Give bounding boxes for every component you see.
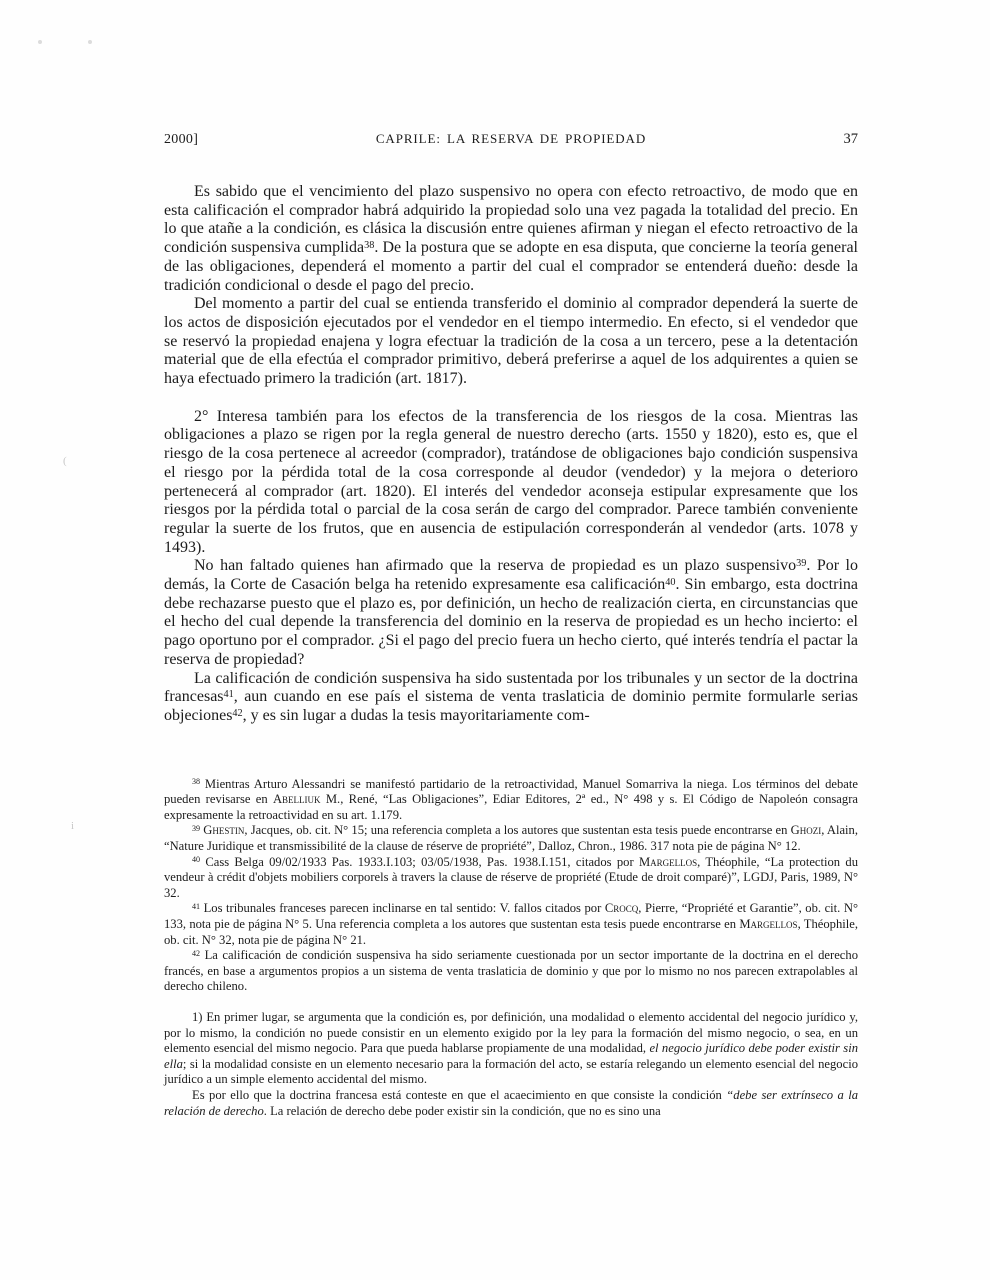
header-running-title: CAPRILE: LA RESERVA DE PROPIEDAD [284, 131, 738, 147]
footnote: 39 Ghestin, Jacques, ob. cit. N° 15; una… [164, 823, 858, 854]
footnotes-block: 38 Mientras Arturo Alessandri se manifes… [164, 777, 858, 1119]
body-paragraph: No han faltado quienes han afirmado que … [164, 557, 858, 669]
body-paragraph: Del momento a partir del cual se entiend… [164, 295, 858, 389]
body-paragraph: Es sabido que el vencimiento del plazo s… [164, 183, 858, 295]
running-head: 2000] CAPRILE: LA RESERVA DE PROPIEDAD 3… [164, 131, 858, 148]
footnote-paragraph: 1) En primer lugar, se argumenta que la … [164, 1010, 858, 1088]
scan-artifact: i [71, 820, 74, 832]
header-page-number: 37 [738, 131, 858, 148]
footnote: 38 Mientras Arturo Alessandri se manifes… [164, 777, 858, 824]
footnote-paragraph: Es por ello que la doctrina francesa est… [164, 1088, 858, 1119]
footnote: 42 La calificación de condición suspensi… [164, 948, 858, 995]
scan-artifact [38, 40, 42, 44]
body-paragraph: 2° Interesa también para los efectos de … [164, 408, 858, 558]
header-year: 2000] [164, 132, 284, 148]
footnote: 40 Cass Belga 09/02/1933 Pas. 1933.I.103… [164, 855, 858, 902]
footnote: 41 Los tribunales franceses parecen incl… [164, 901, 858, 948]
article-body: Es sabido que el vencimiento del plazo s… [164, 183, 858, 726]
body-paragraph: La calificación de condición suspensiva … [164, 670, 858, 726]
scanned-journal-page: ( i 2000] CAPRILE: LA RESERVA DE PROPIED… [0, 0, 990, 1280]
scan-artifact: ( [63, 455, 67, 467]
scan-artifact [88, 40, 92, 44]
text-column: 2000] CAPRILE: LA RESERVA DE PROPIEDAD 3… [164, 131, 858, 1119]
